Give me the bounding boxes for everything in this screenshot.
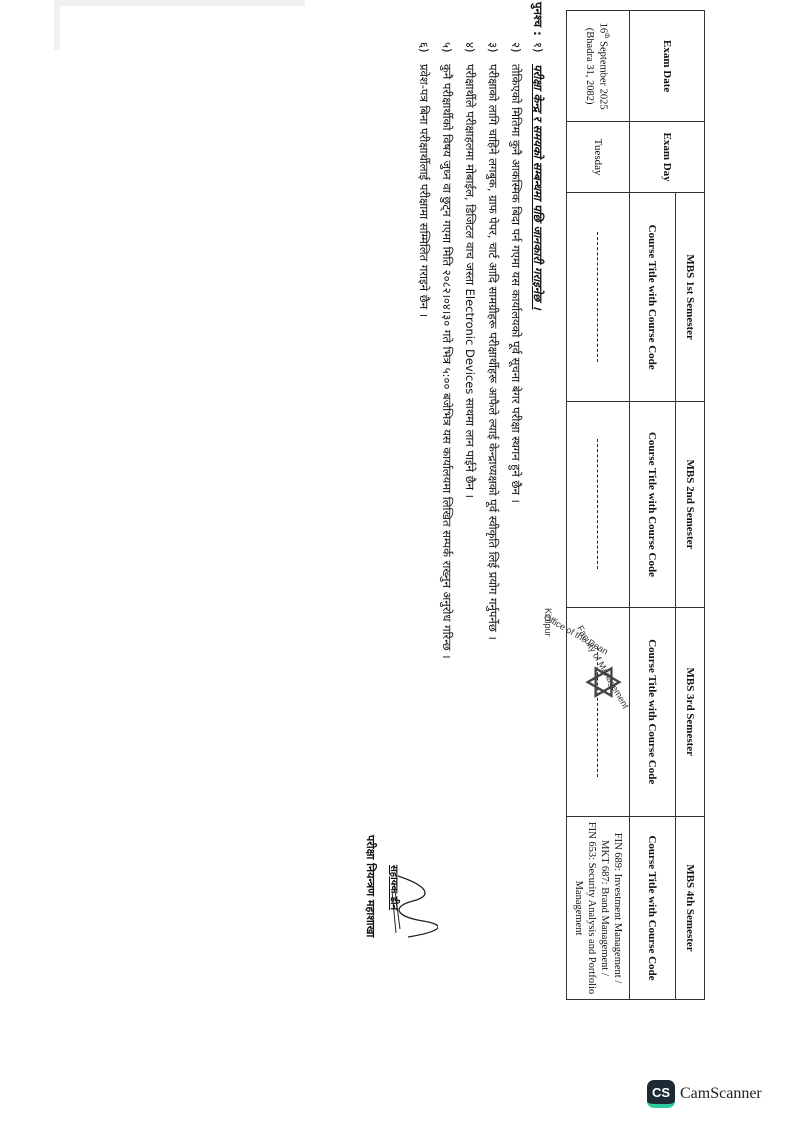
note-item: ६)प्रवेश-पत्र बिना परीक्षार्थीलाई परीक्ष… bbox=[416, 42, 431, 317]
note-item: १)परीक्षा केन्द्र र समयको सम्बन्धमा पछि … bbox=[530, 42, 545, 310]
exam-date-cell: 16th September 2025 (Bhadra 31, 2082) bbox=[567, 11, 630, 122]
note-text: प्रवेश-पत्र बिना परीक्षार्थीलाई परीक्षाम… bbox=[417, 64, 431, 317]
note-text: परीक्षाको लागि चाहिने लगबुक, ग्राफ पेपर,… bbox=[486, 64, 500, 640]
header-exam-date: Exam Date bbox=[630, 11, 705, 122]
note-item: २)तोकिएको मितिमा कुनै आकस्मिक बिदा पर्न … bbox=[508, 42, 523, 503]
subheader-course-title: Course Title with Course Code bbox=[630, 817, 676, 1000]
subheader-course-title: Course Title with Course Code bbox=[630, 607, 676, 817]
note-text: परीक्षा केन्द्र र समयको सम्बन्धमा पछि जा… bbox=[531, 64, 545, 310]
header-mbs-4th-semester: MBS 4th Semester bbox=[676, 817, 705, 1000]
note-number: ५) bbox=[439, 42, 454, 64]
exam-schedule-table: Exam Date Exam Day MBS 1st Semester MBS … bbox=[566, 10, 705, 1000]
note-text: तोकिएको मितिमा कुनै आकस्मिक बिदा पर्न गए… bbox=[509, 64, 523, 503]
sem1-course-cell bbox=[567, 192, 630, 402]
note-text: कुनै परीक्षार्थीको विषय जुध्न वा छुट्न ग… bbox=[440, 64, 454, 659]
empty-dash-line bbox=[597, 232, 598, 362]
sem2-course-cell bbox=[567, 402, 630, 607]
signature-block: सहायक डीन परीक्षा नियन्त्रण महाशाखा bbox=[358, 835, 438, 975]
rotated-document-page: Exam Date Exam Day MBS 1st Semester MBS … bbox=[0, 0, 793, 1122]
exam-day-cell: Tuesday bbox=[567, 122, 630, 193]
sem4-course-cell: FIN 689: Investment Management / MKT 687… bbox=[567, 817, 630, 1000]
course-line: FIN 653: Security Analysis and Portfolio bbox=[585, 821, 598, 995]
note-item: ३)परीक्षाको लागि चाहिने लगबुक, ग्राफ पेप… bbox=[485, 42, 500, 640]
empty-dash-line bbox=[597, 439, 598, 569]
subheader-course-title: Course Title with Course Code bbox=[630, 402, 676, 607]
signatory-role: सहायक डीन bbox=[388, 865, 402, 910]
camscanner-watermark: CS CamScanner bbox=[647, 1080, 762, 1108]
subheader-course-title: Course Title with Course Code bbox=[630, 192, 676, 402]
note-number: २) bbox=[508, 42, 523, 64]
header-mbs-3rd-semester: MBS 3rd Semester bbox=[676, 607, 705, 817]
camscanner-logo-icon: CS bbox=[647, 1080, 675, 1108]
note-item: ४)परीक्षार्थीले परीक्षाहलमा मोबाईल, डिजि… bbox=[462, 42, 477, 498]
note-number: ४) bbox=[462, 42, 477, 64]
stamp-text: Kirtipur bbox=[543, 608, 553, 637]
note-text: परीक्षार्थीले परीक्षाहलमा मोबाईल, डिजिटल… bbox=[463, 64, 477, 498]
note-number: ६) bbox=[416, 42, 431, 64]
table-row: 16th September 2025 (Bhadra 31, 2082) Tu… bbox=[567, 11, 630, 1000]
exam-date-ad: 16th September 2025 bbox=[596, 15, 613, 117]
note-number: ३) bbox=[485, 42, 500, 64]
note-number: १) bbox=[530, 42, 545, 64]
header-mbs-1st-semester: MBS 1st Semester bbox=[676, 192, 705, 402]
note-item: ५)कुनै परीक्षार्थीको विषय जुध्न वा छुट्न… bbox=[439, 42, 454, 659]
course-line: FIN 689: Investment Management / bbox=[611, 821, 624, 995]
course-line: MKT 687: Brand Management / bbox=[598, 821, 611, 995]
signatory-office: परीक्षा नियन्त्रण महाशाखा bbox=[363, 835, 378, 937]
camscanner-text: CamScanner bbox=[680, 1085, 762, 1103]
faculty-seal-stamp: ✡ Faculty of Management Office of the De… bbox=[523, 590, 633, 720]
course-line: Management bbox=[572, 821, 585, 995]
header-mbs-2nd-semester: MBS 2nd Semester bbox=[676, 402, 705, 607]
notes-label: पुनश्च : bbox=[530, 2, 545, 36]
header-exam-day: Exam Day bbox=[630, 122, 705, 193]
exam-date-bs: (Bhadra 31, 2082) bbox=[583, 15, 596, 117]
